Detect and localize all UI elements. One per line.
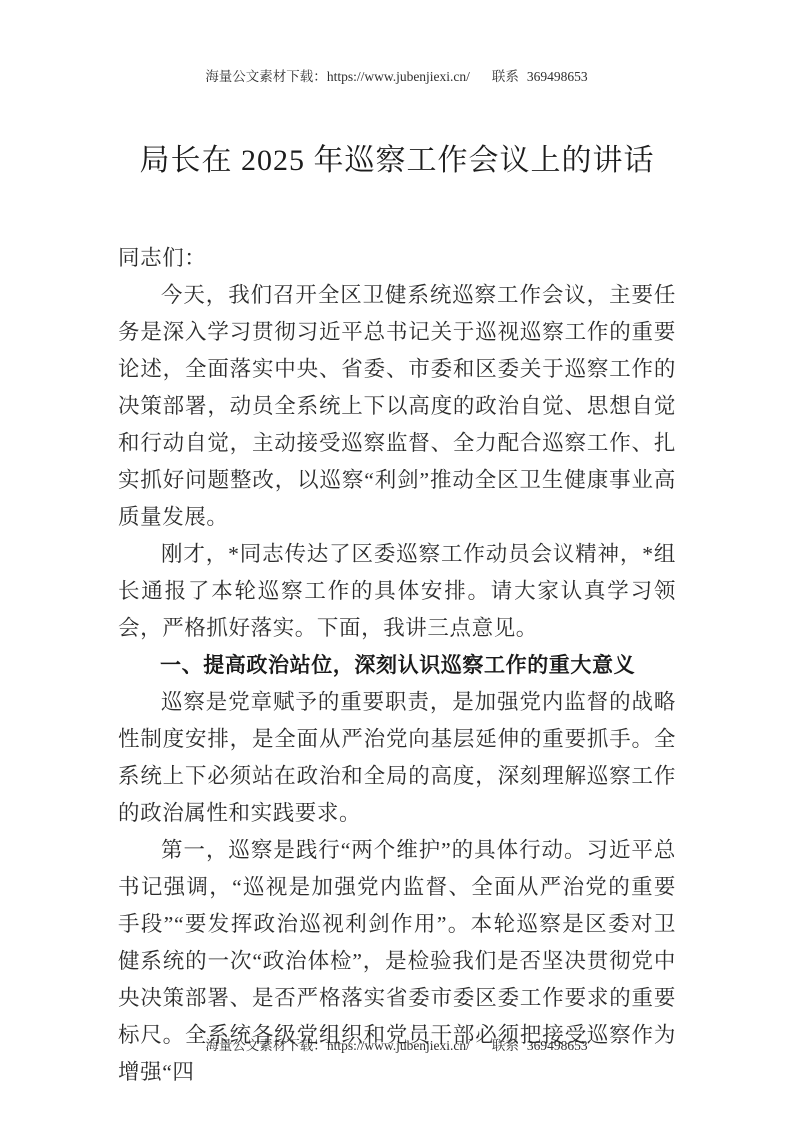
- header-contact-label: 联系: [492, 69, 519, 84]
- section-heading-1: 一、提高政治站位，深刻认识巡察工作的重大意义: [118, 647, 676, 684]
- header-contact-number: 369498653: [527, 69, 588, 84]
- document-body: 局长在 2025 年巡察工作会议上的讲话 同志们： 今天，我们召开全区卫健系统巡…: [118, 141, 676, 1091]
- footer-download-label: 海量公文素材下载：: [205, 1038, 327, 1053]
- footer-url: https://www.jubenjiexi.cn/: [327, 1038, 470, 1053]
- page-header: 海量公文素材下载：https://www.jubenjiexi.cn/联系369…: [0, 68, 793, 86]
- header-url: https://www.jubenjiexi.cn/: [327, 69, 470, 84]
- document-page: 海量公文素材下载：https://www.jubenjiexi.cn/联系369…: [0, 0, 793, 1122]
- header-download-label: 海量公文素材下载：: [205, 69, 327, 84]
- paragraph-section1-intro: 巡察是党章赋予的重要职责，是加强党内监督的战略性制度安排，是全面从严治党向基层延…: [118, 684, 676, 832]
- page-footer: 海量公文素材下载：https://www.jubenjiexi.cn/联系369…: [0, 1037, 793, 1055]
- salutation: 同志们：: [118, 240, 676, 277]
- footer-contact-number: 369498653: [527, 1038, 588, 1053]
- document-title: 局长在 2025 年巡察工作会议上的讲话: [118, 141, 676, 181]
- footer-contact-label: 联系: [492, 1038, 519, 1053]
- paragraph-briefing: 刚才，*同志传达了区委巡察工作动员会议精神，*组长通报了本轮巡察工作的具体安排。…: [118, 536, 676, 647]
- paragraph-opening: 今天，我们召开全区卫健系统巡察工作会议，主要任务是深入学习贯彻习近平总书记关于巡…: [118, 277, 676, 536]
